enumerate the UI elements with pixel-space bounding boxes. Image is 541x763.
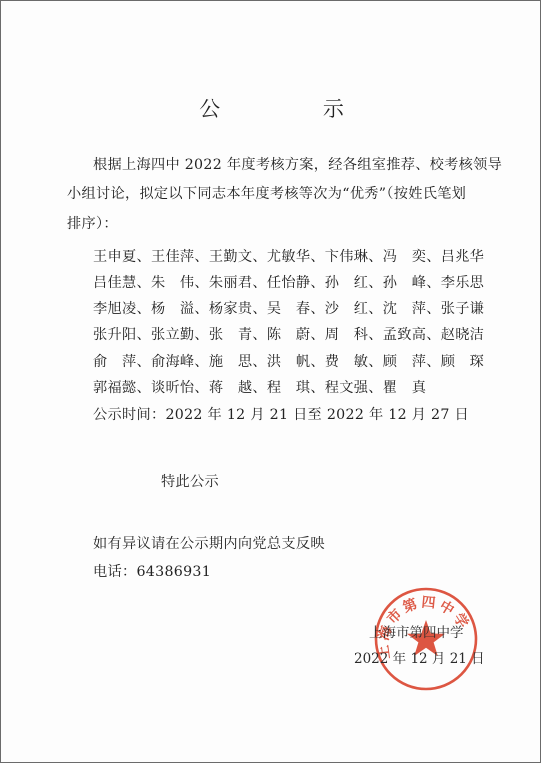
names-row-1: 王申夏、王佳萍、王勤文、尤敏华、卞伟琳、冯 奕、吕兆华 bbox=[93, 246, 484, 266]
document-page: 公 示 根据上海四中 2022 年度考核方案，经各组室推荐、校考核领导 小组讨论… bbox=[0, 0, 541, 763]
names-row-5: 俞 萍、俞海峰、施 思、洪 帆、费 敏、顾 萍、顾 琛 bbox=[93, 351, 484, 371]
contact-phone: 电话：64386931 bbox=[93, 561, 211, 581]
names-row-2: 吕佳慧、朱 伟、朱丽君、任怡静、孙 红、孙 峰、李乐思 bbox=[93, 272, 484, 292]
names-row-3: 李旭凌、杨 溢、杨家贵、吴 春、沙 红、沈 萍、张子谦 bbox=[93, 298, 484, 318]
intro-line-2: 小组讨论，拟定以下同志本年度考核等次为“优秀”（按姓氏笔划 bbox=[67, 183, 487, 203]
intro-line-1: 根据上海四中 2022 年度考核方案，经各组室推荐、校考核领导 bbox=[93, 154, 513, 174]
document-title: 公 示 bbox=[1, 93, 541, 123]
intro-line-3: 排序）： bbox=[67, 213, 487, 233]
names-row-6: 郭福懿、谈昕怡、蒋 越、程 琪、程文强、瞿 真 bbox=[93, 377, 426, 397]
publicity-period: 公示时间：2022 年 12 月 21 日至 2022 年 12 月 27 日 bbox=[93, 404, 469, 424]
closing-text: 特此公示 bbox=[161, 471, 219, 491]
signature-org: 上海市第四中学 bbox=[369, 621, 464, 641]
names-row-4: 张升阳、张立勤、张 青、陈 蔚、周 科、孟致高、赵晓洁 bbox=[93, 324, 484, 344]
objection-note: 如有异议请在公示期内向党总支反映 bbox=[93, 533, 325, 553]
signature-date: 2022 年 12 月 21 日 bbox=[354, 647, 485, 667]
